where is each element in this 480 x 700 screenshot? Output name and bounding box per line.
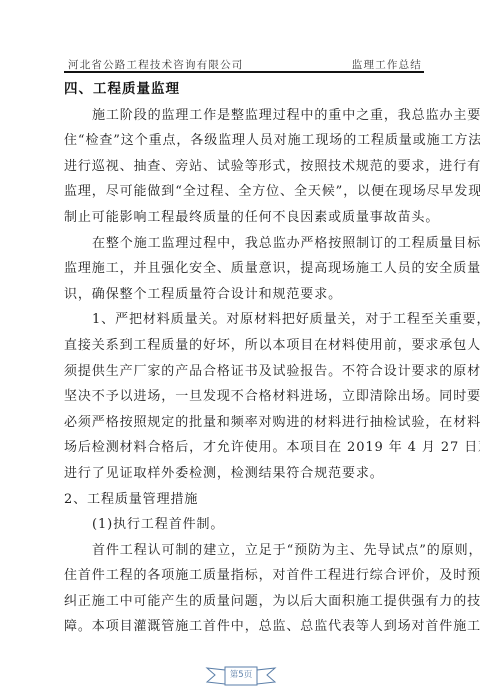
text-line: 识，确保整个工程质量符合设计和规范要求。 bbox=[64, 282, 424, 308]
text-line: 障。本项目灌溉管施工首件中，总监、总监代表等人到场对首件施工进行 bbox=[64, 614, 424, 640]
text-line: 首件工程认可制的建立，立足于“预防为主、先导试点”的原则，抓 bbox=[64, 538, 424, 564]
text-line: 1、严把材料质量关。对原材料把好质量关，对于工程至关重要， bbox=[64, 307, 424, 333]
page-header: 河北省公路工程技术咨询有限公司 监理工作总结 bbox=[64, 57, 424, 71]
text-line: 住“检查”这个重点，各级监理人员对施工现场的工程质量或施工方法 bbox=[64, 128, 424, 154]
paragraph-lines: 施工阶段的监理工作是整监理过程中的重中之重，我总监办主要抓住“检查”这个重点，各… bbox=[64, 103, 424, 640]
page-number-ribbon: 第5页 bbox=[205, 664, 277, 688]
header-company-name: 河北省公路工程技术咨询有限公司 bbox=[68, 57, 244, 72]
text-line: 监理，尽可能做到“全过程、全方位、全天候”，以便在现场尽早发现和 bbox=[64, 179, 424, 205]
text-line: (1)执行工程首件制。 bbox=[64, 512, 424, 538]
text-line: 直接关系到工程质量的好坏，所以本项目在材料使用前，要求承包人必 bbox=[64, 333, 424, 359]
text-line: 2、工程质量管理措施 bbox=[64, 487, 424, 513]
document-page: 河北省公路工程技术咨询有限公司 监理工作总结 四、工程质量监理 施工阶段的监理工… bbox=[0, 0, 480, 700]
text-line: 监理施工，并且强化安全、质量意识，提高现场施工人员的安全质量意 bbox=[64, 256, 424, 282]
text-line: 制止可能影响工程最终质量的任何不良因素或质量事故苗头。 bbox=[64, 205, 424, 231]
header-divider bbox=[64, 71, 424, 73]
text-line: 进行了见证取样外委检测，检测结果符合规范要求。 bbox=[64, 461, 424, 487]
text-line: 住首件工程的各项施工质量指标，对首件工程进行综合评价，及时预防和 bbox=[64, 563, 424, 589]
text-line: 场后检测材料合格后，才允许使用。本项目在 2019 年 4 月 27 日对管材 bbox=[64, 435, 424, 461]
text-line: 纠正施工中可能产生的质量问题，为以后大面积施工提供强有力的技术保 bbox=[64, 589, 424, 615]
page-number: 第5页 bbox=[228, 669, 254, 681]
text-line: 坚决不予以进场，一旦发现不合格材料进场，立即清除出场。同时要求， bbox=[64, 384, 424, 410]
text-line: 进行巡视、抽查、旁站、试验等形式，按照技术规范的要求，进行有效 bbox=[64, 154, 424, 180]
document-body: 四、工程质量监理 施工阶段的监理工作是整监理过程中的重中之重，我总监办主要抓住“… bbox=[64, 77, 424, 640]
text-line: 施工阶段的监理工作是整监理过程中的重中之重，我总监办主要抓 bbox=[64, 103, 424, 129]
text-line: 在整个施工监理过程中，我总监办严格按照制订的工程质量目标来 bbox=[64, 231, 424, 257]
header-document-title: 监理工作总结 bbox=[352, 57, 422, 72]
text-line: 须提供生产厂家的产品合格证书及试验报告。不符合设计要求的原材料 bbox=[64, 359, 424, 385]
text-line: 必须严格按照规定的批量和频率对购进的材料进行抽检试验，在材料到 bbox=[64, 410, 424, 436]
section-heading: 四、工程质量监理 bbox=[64, 77, 424, 103]
